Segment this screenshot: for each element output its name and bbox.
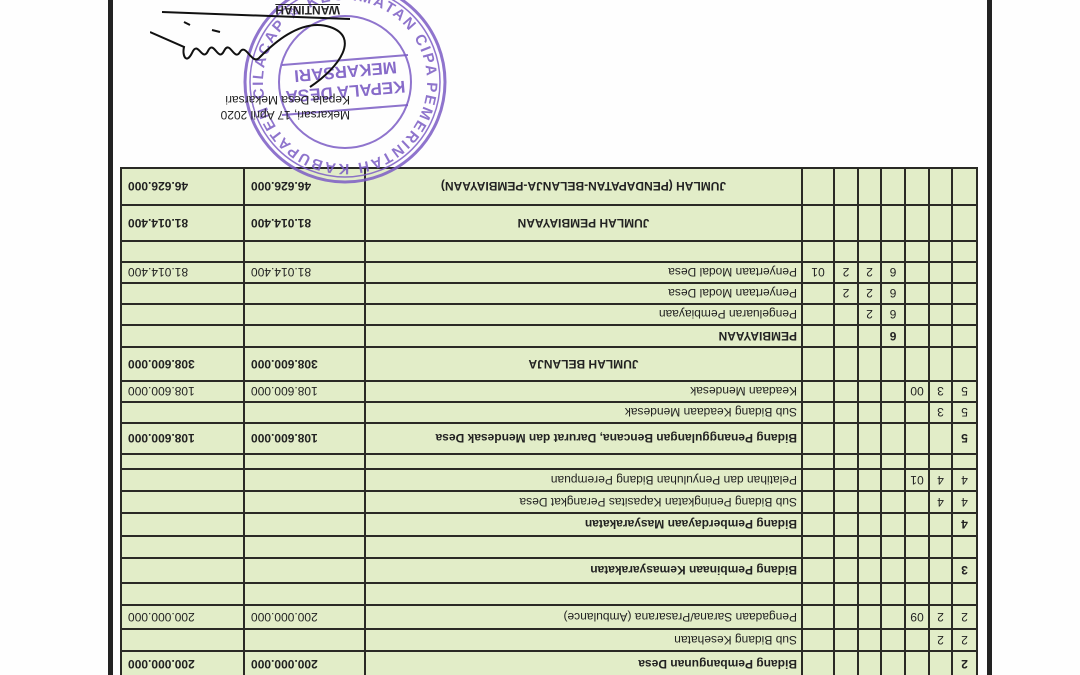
code-cell-3 <box>905 536 929 558</box>
code-cell-4 <box>881 347 905 381</box>
code-cell-5: 2 <box>858 262 881 283</box>
budget-amount-cell <box>244 283 365 304</box>
budget-amount-cell: 108.600.000 <box>244 423 365 454</box>
realization-amount-cell <box>121 402 244 423</box>
code-cell-1 <box>952 168 977 205</box>
code-cell-1: 4 <box>952 469 977 491</box>
code-cell-3 <box>905 304 929 325</box>
code-cell-5 <box>858 605 881 629</box>
realization-amount-cell: 81.014.400 <box>121 262 244 283</box>
code-cell-4 <box>881 583 905 605</box>
budget-amount-cell <box>244 402 365 423</box>
code-cell-1: 5 <box>952 423 977 454</box>
code-cell-7 <box>802 558 834 583</box>
code-cell-2 <box>929 241 952 262</box>
code-cell-7 <box>802 205 834 241</box>
code-cell-6 <box>834 536 858 558</box>
code-cell-6 <box>834 605 858 629</box>
code-cell-2: 3 <box>929 381 952 402</box>
code-cell-4 <box>881 558 905 583</box>
code-cell-1 <box>952 283 977 304</box>
table-row: 5300Keadaan Mendesak108.600.000108.600.0… <box>121 381 977 402</box>
code-cell-4 <box>881 168 905 205</box>
code-cell-4: 6 <box>881 262 905 283</box>
code-cell-2 <box>929 558 952 583</box>
realization-amount-cell: 108.600.000 <box>121 381 244 402</box>
budget-amount-cell: 108.600.000 <box>244 381 365 402</box>
code-cell-6 <box>834 381 858 402</box>
code-cell-2 <box>929 536 952 558</box>
code-cell-3 <box>905 262 929 283</box>
code-cell-4 <box>881 605 905 629</box>
code-cell-7 <box>802 168 834 205</box>
code-cell-6 <box>834 558 858 583</box>
code-cell-5 <box>858 491 881 513</box>
table-row: 4401Pelatihan dan Penyuluhan Bidang Pere… <box>121 469 977 491</box>
code-cell-7 <box>802 605 834 629</box>
code-cell-7 <box>802 513 834 536</box>
code-cell-5 <box>858 402 881 423</box>
code-cell-5 <box>858 347 881 381</box>
table-row <box>121 454 977 469</box>
budget-amount-cell <box>244 304 365 325</box>
code-cell-1: 5 <box>952 402 977 423</box>
description-cell: Penyertaan Modal Desa <box>365 262 802 283</box>
code-cell-6 <box>834 491 858 513</box>
table-row: 6PEMBIAYAAN <box>121 325 977 347</box>
code-cell-4 <box>881 536 905 558</box>
description-cell: Sub Bidang Keadaan Mendesak <box>365 402 802 423</box>
code-cell-6: 2 <box>834 283 858 304</box>
description-cell: PEMBIAYAAN <box>365 325 802 347</box>
code-cell-1 <box>952 347 977 381</box>
code-cell-5 <box>858 536 881 558</box>
budget-amount-cell <box>244 241 365 262</box>
code-cell-1 <box>952 536 977 558</box>
code-cell-5 <box>858 583 881 605</box>
code-cell-5 <box>858 469 881 491</box>
table-row: 53Sub Bidang Keadaan Mendesak <box>121 402 977 423</box>
code-cell-5 <box>858 629 881 651</box>
code-cell-6 <box>834 241 858 262</box>
code-cell-3 <box>905 168 929 205</box>
code-cell-4 <box>881 629 905 651</box>
code-cell-1 <box>952 262 977 283</box>
code-cell-3: 09 <box>905 605 929 629</box>
description-cell: Bidang Pembangunan Desa <box>365 651 802 675</box>
code-cell-7 <box>802 402 834 423</box>
code-cell-3: 00 <box>905 381 929 402</box>
budget-amount-cell <box>244 558 365 583</box>
code-cell-5 <box>858 513 881 536</box>
code-cell-1: 2 <box>952 651 977 675</box>
code-cell-2 <box>929 513 952 536</box>
description-cell: Pengeluaran Pembiayaan <box>365 304 802 325</box>
description-cell <box>365 454 802 469</box>
realization-amount-cell <box>121 283 244 304</box>
table-row: 2209Pengadaan Sarana/Prasarana (Ambulanc… <box>121 605 977 629</box>
code-cell-4 <box>881 423 905 454</box>
code-cell-6 <box>834 325 858 347</box>
table-row <box>121 583 977 605</box>
code-cell-6 <box>834 168 858 205</box>
code-cell-6 <box>834 651 858 675</box>
code-cell-6 <box>834 423 858 454</box>
table-row: 3Bidang Pembinaan Kemasyarakatan <box>121 558 977 583</box>
table-row <box>121 241 977 262</box>
realization-amount-cell: 108.600.000 <box>121 423 244 454</box>
code-cell-2: 4 <box>929 491 952 513</box>
code-cell-2: 2 <box>929 605 952 629</box>
realization-amount-cell: 200.000.000 <box>121 605 244 629</box>
code-cell-5 <box>858 325 881 347</box>
table-row: JUMLAH BELANJA308.600.000308.600.000 <box>121 347 977 381</box>
realization-amount-cell <box>121 469 244 491</box>
table-row: 5Bidang Penanggulangan Bencana, Darurat … <box>121 423 977 454</box>
code-cell-4 <box>881 491 905 513</box>
description-cell: Pelatihan dan Penyuluhan Bidang Perempua… <box>365 469 802 491</box>
realization-amount-cell <box>121 454 244 469</box>
code-cell-5 <box>858 651 881 675</box>
realization-amount-cell <box>121 583 244 605</box>
code-cell-3 <box>905 283 929 304</box>
code-cell-2: 3 <box>929 402 952 423</box>
realization-amount-cell <box>121 536 244 558</box>
description-cell: JUMLAH PEMBIAYAAN <box>365 205 802 241</box>
code-cell-2 <box>929 168 952 205</box>
table-row: 62201Penyertaan Modal Desa81.014.40081.0… <box>121 262 977 283</box>
code-cell-4 <box>881 381 905 402</box>
code-cell-1: 2 <box>952 605 977 629</box>
table-row: 2Bidang Pembangunan Desa200.000.000200.0… <box>121 651 977 675</box>
realization-amount-cell <box>121 304 244 325</box>
code-cell-3 <box>905 513 929 536</box>
code-cell-3 <box>905 454 929 469</box>
code-cell-2 <box>929 283 952 304</box>
code-cell-6: 2 <box>834 262 858 283</box>
description-cell <box>365 583 802 605</box>
budget-amount-cell: 200.000.000 <box>244 605 365 629</box>
code-cell-2 <box>929 423 952 454</box>
description-cell: Penyertaan Modal Desa <box>365 283 802 304</box>
code-cell-7 <box>802 381 834 402</box>
description-cell: JUMLAH BELANJA <box>365 347 802 381</box>
realization-amount-cell <box>121 629 244 651</box>
code-cell-7 <box>802 325 834 347</box>
code-cell-5 <box>858 205 881 241</box>
code-cell-1: 4 <box>952 513 977 536</box>
code-cell-5 <box>858 381 881 402</box>
code-cell-1: 2 <box>952 629 977 651</box>
budget-amount-cell: 200.000.000 <box>244 651 365 675</box>
code-cell-1 <box>952 454 977 469</box>
signature-place-date: Mekarsari, 17 April 2020 <box>221 108 350 122</box>
description-cell: Sub Bidang Kesehatan <box>365 629 802 651</box>
code-cell-5 <box>858 241 881 262</box>
page-border-left <box>987 0 992 675</box>
code-cell-7 <box>802 283 834 304</box>
table-row: 4Bidang Pemberdayaan Masyarakatan <box>121 513 977 536</box>
code-cell-4 <box>881 205 905 241</box>
code-cell-6 <box>834 347 858 381</box>
realization-amount-cell: 200.000.000 <box>121 651 244 675</box>
table-row: 22Sub Bidang Kesehatan <box>121 629 977 651</box>
code-cell-7 <box>802 347 834 381</box>
code-cell-3 <box>905 241 929 262</box>
code-cell-6 <box>834 469 858 491</box>
code-cell-2 <box>929 304 952 325</box>
description-cell <box>365 536 802 558</box>
description-cell <box>365 241 802 262</box>
code-cell-7 <box>802 304 834 325</box>
code-cell-4: 6 <box>881 283 905 304</box>
signature-block: PEMERINTAH KABUPATEN CILACAP ☆ KECAMATAN… <box>110 0 440 167</box>
code-cell-2: 2 <box>929 629 952 651</box>
code-cell-6 <box>834 454 858 469</box>
code-cell-3 <box>905 491 929 513</box>
code-cell-4 <box>881 651 905 675</box>
code-cell-2 <box>929 651 952 675</box>
budget-amount-cell <box>244 583 365 605</box>
code-cell-1: 5 <box>952 381 977 402</box>
code-cell-6 <box>834 583 858 605</box>
code-cell-6 <box>834 513 858 536</box>
budget-amount-cell <box>244 325 365 347</box>
code-cell-5: 2 <box>858 304 881 325</box>
code-cell-2 <box>929 325 952 347</box>
description-cell: Bidang Pemberdayaan Masyarakatan <box>365 513 802 536</box>
code-cell-5: 2 <box>858 283 881 304</box>
budget-amount-cell <box>244 454 365 469</box>
code-cell-6 <box>834 205 858 241</box>
code-cell-2 <box>929 583 952 605</box>
code-cell-5 <box>858 558 881 583</box>
code-cell-7 <box>802 241 834 262</box>
code-cell-7 <box>802 651 834 675</box>
code-cell-2 <box>929 347 952 381</box>
code-cell-7 <box>802 536 834 558</box>
description-cell: Pengadaan Sarana/Prasarana (Ambulance) <box>365 605 802 629</box>
code-cell-1: 4 <box>952 491 977 513</box>
realization-amount-cell <box>121 491 244 513</box>
realization-amount-cell <box>121 325 244 347</box>
description-cell: Sub Bidang Peningkatan Kapasitas Perangk… <box>365 491 802 513</box>
budget-table: 2Bidang Pembangunan Desa200.000.000200.0… <box>120 167 978 675</box>
code-cell-7 <box>802 491 834 513</box>
signatory-name: WANTINAH <box>275 3 340 17</box>
budget-amount-cell <box>244 491 365 513</box>
code-cell-3 <box>905 325 929 347</box>
code-cell-6 <box>834 304 858 325</box>
budget-amount-cell: 308.600.000 <box>244 347 365 381</box>
code-cell-2 <box>929 205 952 241</box>
code-cell-3 <box>905 558 929 583</box>
table-row: JUMLAH PEMBIAYAAN81.014.40081.014.400 <box>121 205 977 241</box>
document-page: 2Bidang Pembangunan Desa200.000.000200.0… <box>0 0 1080 675</box>
table-row <box>121 536 977 558</box>
code-cell-5 <box>858 454 881 469</box>
code-cell-7 <box>802 454 834 469</box>
budget-amount-cell <box>244 469 365 491</box>
table-row: 62Pengeluaran Pembiayaan <box>121 304 977 325</box>
code-cell-2: 4 <box>929 469 952 491</box>
code-cell-3 <box>905 205 929 241</box>
description-cell: Bidang Pembinaan Kemasyarakatan <box>365 558 802 583</box>
code-cell-4 <box>881 402 905 423</box>
code-cell-1: 3 <box>952 558 977 583</box>
code-cell-4: 6 <box>881 304 905 325</box>
code-cell-3 <box>905 629 929 651</box>
realization-amount-cell <box>121 558 244 583</box>
code-cell-4 <box>881 454 905 469</box>
code-cell-6 <box>834 402 858 423</box>
code-cell-3 <box>905 423 929 454</box>
code-cell-7 <box>802 583 834 605</box>
budget-amount-cell <box>244 513 365 536</box>
code-cell-1 <box>952 325 977 347</box>
code-cell-3 <box>905 402 929 423</box>
code-cell-7 <box>802 469 834 491</box>
realization-amount-cell: 46.626.000 <box>121 168 244 205</box>
realization-amount-cell: 81.014.400 <box>121 205 244 241</box>
code-cell-4 <box>881 513 905 536</box>
table-row: 44Sub Bidang Peningkatan Kapasitas Peran… <box>121 491 977 513</box>
code-cell-3 <box>905 651 929 675</box>
realization-amount-cell <box>121 241 244 262</box>
code-cell-6 <box>834 629 858 651</box>
budget-amount-cell <box>244 629 365 651</box>
code-cell-4 <box>881 469 905 491</box>
description-cell: Keadaan Mendesak <box>365 381 802 402</box>
code-cell-1 <box>952 583 977 605</box>
code-cell-2 <box>929 262 952 283</box>
table-row: 622Penyertaan Modal Desa <box>121 283 977 304</box>
code-cell-3 <box>905 347 929 381</box>
code-cell-7 <box>802 423 834 454</box>
code-cell-3: 01 <box>905 469 929 491</box>
code-cell-5 <box>858 423 881 454</box>
code-cell-4 <box>881 241 905 262</box>
budget-amount-cell <box>244 536 365 558</box>
code-cell-1 <box>952 304 977 325</box>
code-cell-1 <box>952 241 977 262</box>
code-cell-3 <box>905 583 929 605</box>
code-cell-7 <box>802 629 834 651</box>
code-cell-5 <box>858 168 881 205</box>
code-cell-2 <box>929 454 952 469</box>
handwritten-signature-icon <box>150 7 380 97</box>
description-cell: Bidang Penanggulangan Bencana, Darurat d… <box>365 423 802 454</box>
realization-amount-cell <box>121 513 244 536</box>
realization-amount-cell: 308.600.000 <box>121 347 244 381</box>
budget-amount-cell: 81.014.400 <box>244 205 365 241</box>
code-cell-7: 01 <box>802 262 834 283</box>
code-cell-4: 6 <box>881 325 905 347</box>
budget-amount-cell: 81.014.400 <box>244 262 365 283</box>
code-cell-1 <box>952 205 977 241</box>
